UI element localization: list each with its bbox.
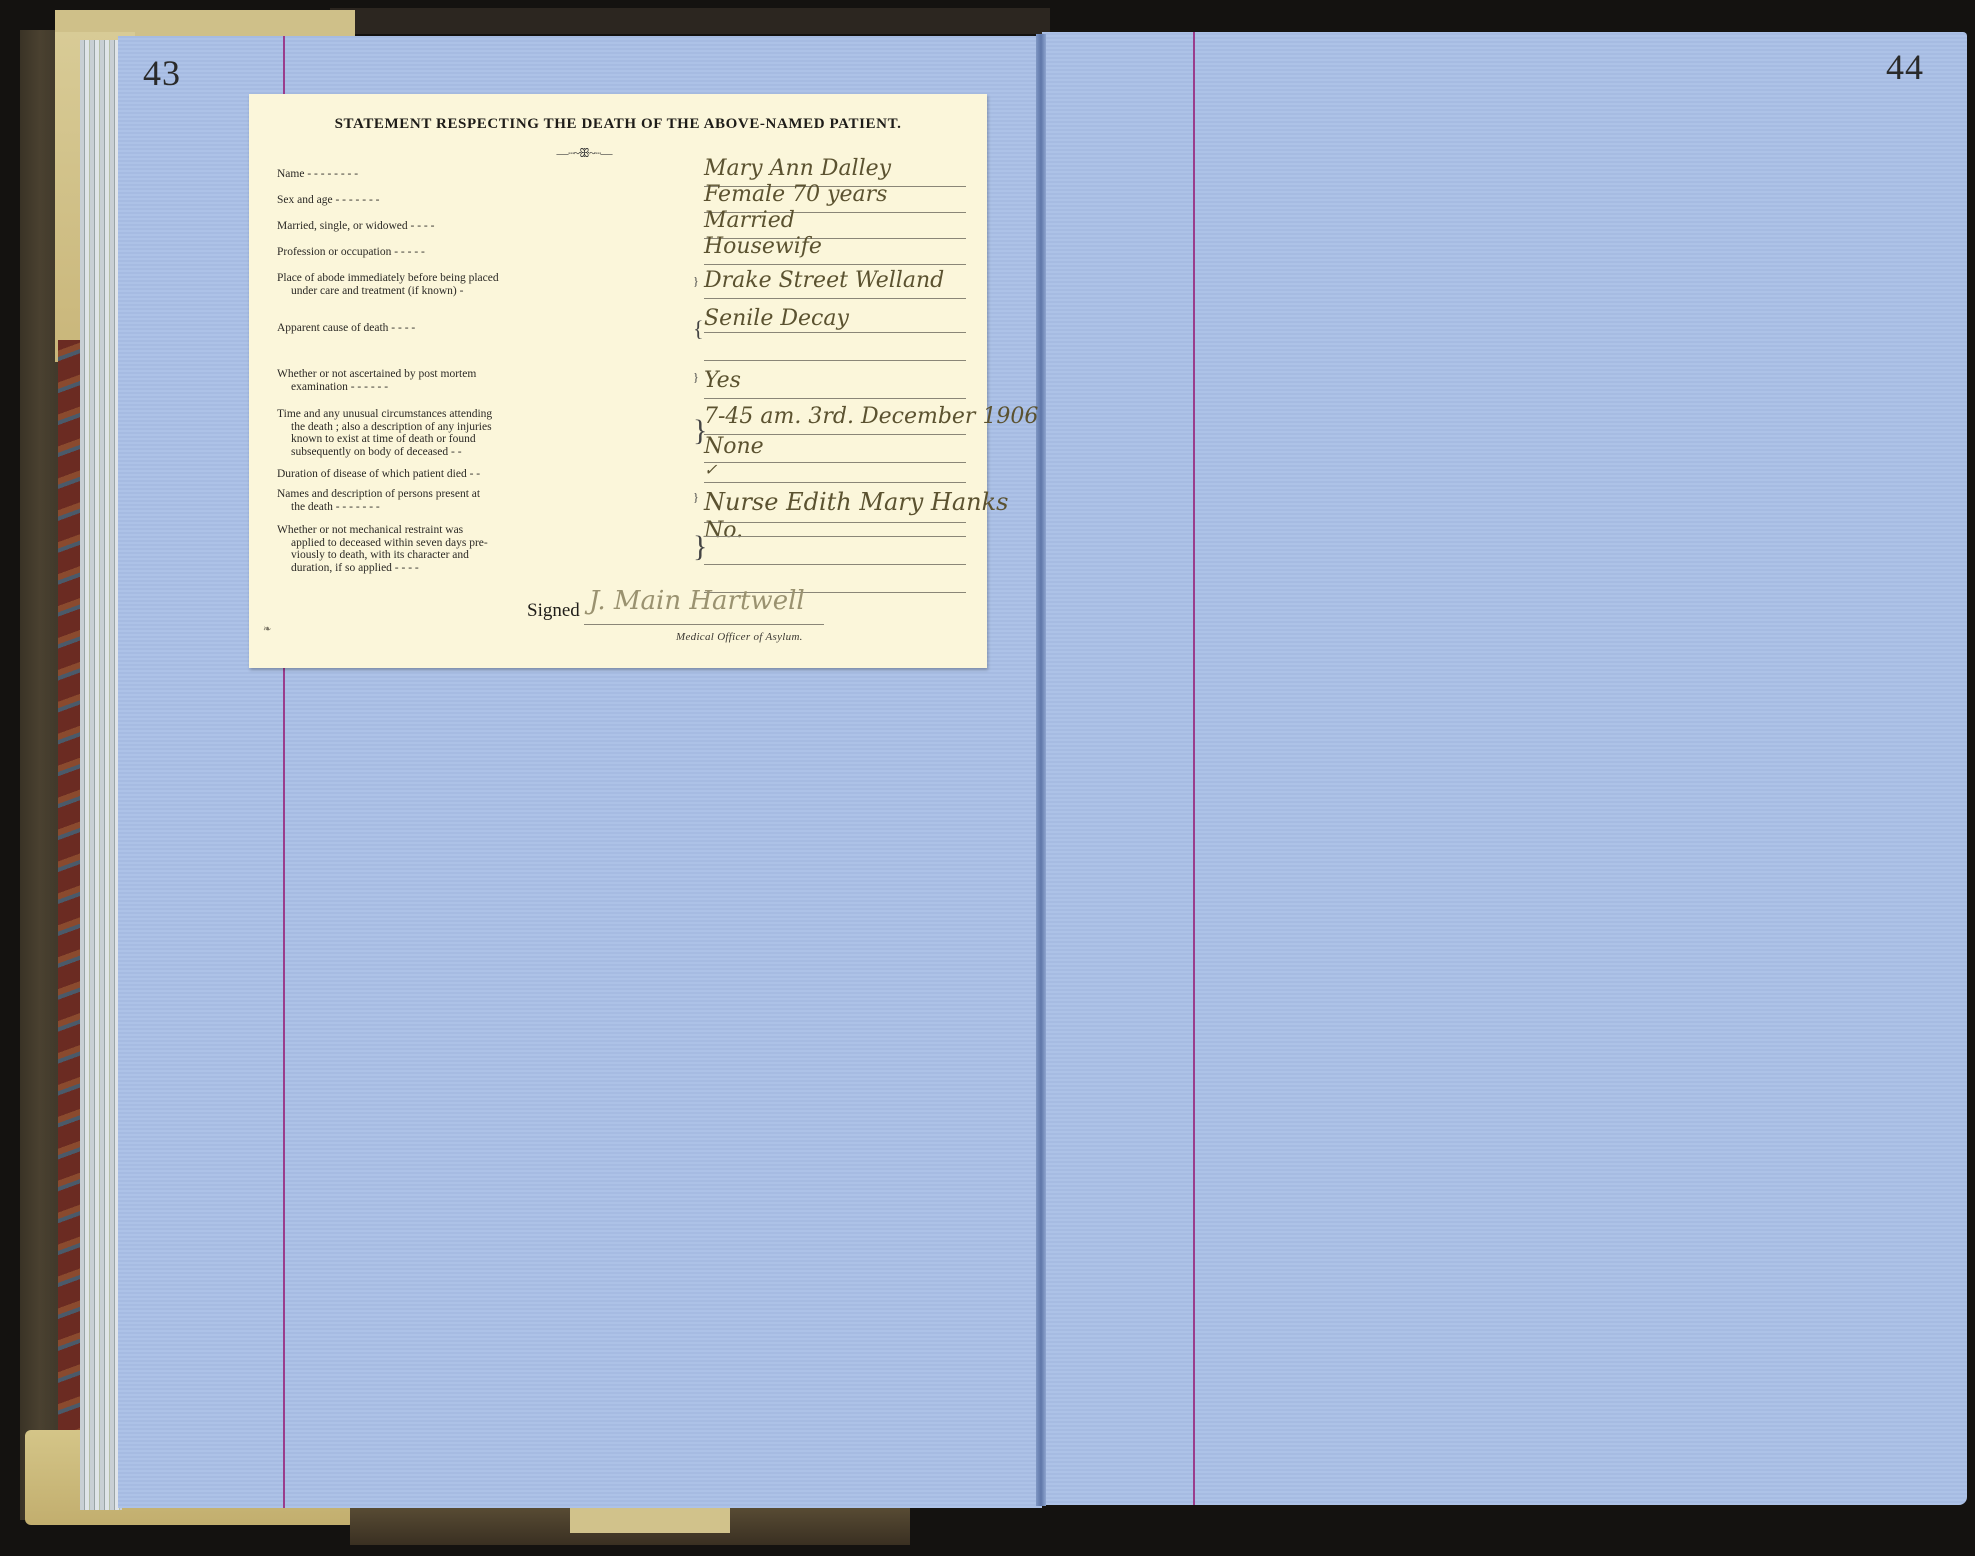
answer-rule xyxy=(704,398,966,399)
card-title: STATEMENT RESPECTING THE DEATH OF THE AB… xyxy=(249,116,987,133)
answer-rule xyxy=(704,462,966,463)
marbled-endpaper xyxy=(58,340,80,1440)
answer-rule xyxy=(704,564,966,565)
right-page xyxy=(1042,32,1967,1505)
signature-rule xyxy=(584,624,824,625)
field-label: Married, single, or widowed - - - - xyxy=(277,220,692,233)
answer-rule xyxy=(704,536,966,537)
field-label: Whether or not ascertained by post morte… xyxy=(277,368,692,393)
death-statement-card: STATEMENT RESPECTING THE DEATH OF THE AB… xyxy=(249,94,987,668)
field-value-time-of-death: 7-45 am. 3rd. December 1906 xyxy=(704,404,1038,429)
book-cover-top-cloth xyxy=(330,8,1050,34)
field-value-sex-age: Female 70 years xyxy=(704,182,887,207)
signed-label: Signed xyxy=(527,600,580,622)
field-label: Names and description of persons present… xyxy=(277,488,692,513)
field-value-name: Mary Ann Dalley xyxy=(704,156,891,181)
officer-title: Medical Officer of Asylum. xyxy=(676,631,803,643)
field-label: Place of abode immediately before being … xyxy=(277,272,692,297)
answer-rule xyxy=(704,360,966,361)
field-label: Duration of disease of which patient die… xyxy=(277,468,692,481)
ornament-divider: —⸱⸱⸱~ꕥ~⸱⸱⸱— xyxy=(534,146,634,158)
answer-rule xyxy=(704,522,966,523)
answer-rule xyxy=(704,482,966,483)
field-value-cause-of-death: Senile Decay xyxy=(704,306,849,331)
field-value-persons-present: Nurse Edith Mary Hanks xyxy=(704,488,1008,516)
field-value-duration: ✓ xyxy=(704,460,717,479)
field-value-mechanical-restraint: No. xyxy=(704,518,743,543)
left-page-number: 43 xyxy=(143,52,181,94)
field-label: Time and any unusual circumstances atten… xyxy=(277,408,692,458)
field-value-occupation: Housewife xyxy=(704,234,822,259)
right-page-margin-line xyxy=(1193,32,1195,1505)
field-value-injuries: None xyxy=(704,434,764,459)
officer-signature: J. Main Hartwell xyxy=(589,586,805,616)
printer-mark-icon: ❧ xyxy=(263,624,271,635)
field-label: Name - - - - - - - - xyxy=(277,168,692,181)
answer-rule xyxy=(704,332,966,333)
answer-rule xyxy=(704,298,966,299)
field-label: Sex and age - - - - - - - xyxy=(277,194,692,207)
answer-rule xyxy=(704,264,966,265)
field-value-post-mortem: Yes xyxy=(704,368,741,393)
right-page-number: 44 xyxy=(1886,46,1924,88)
field-label: Profession or occupation - - - - - xyxy=(277,246,692,259)
field-value-abode: Drake Street Welland xyxy=(704,268,944,293)
field-label: Whether or not mechanical restraint was … xyxy=(277,524,692,574)
page-stack-edges xyxy=(80,40,122,1510)
field-value-marital-status: Married xyxy=(704,208,795,233)
book-cover-bottom-vellum xyxy=(570,1505,730,1533)
book-gutter xyxy=(1036,34,1046,1506)
field-label: Apparent cause of death - - - - xyxy=(277,322,692,335)
